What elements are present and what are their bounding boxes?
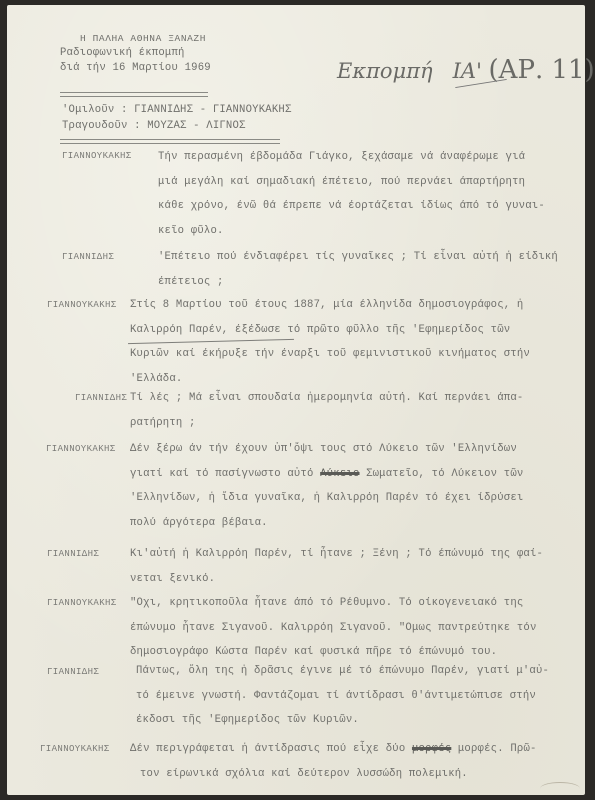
speaker-label: ΓΙΑΝΝΟΥΚΑΚΗΣ [62,151,132,161]
speaker-label: ΓΙΑΝΝΙΔΗΣ [47,667,99,677]
speech-line: Στίς 8 Μαρτίου τοῦ έτους 1887, μία έλλην… [130,293,530,318]
speech-line: Κυριῶν καί έκήρυξε τήν έναρξι τοῦ φεμινι… [130,342,530,367]
speech-line: Δέν περιγράφεται ἡ άντίδρασις πού εἶχε δ… [130,737,537,762]
speech-line: τό έμεινε γνωστή. Φαντάζομαι τί άντίδρασ… [136,684,549,709]
speech-line: κεῖο φῦλο. [158,219,545,244]
speaker-label: ΓΙΑΝΝΟΥΚΑΚΗΣ [46,444,116,454]
speech-text: 'Επέτειο πού ένδιαφέρει τίς γυναῖκες ; Τ… [158,245,558,294]
speech-line: "Οχι, κρητικοποῦλα ἦτανε άπό τό Ρέθυμνο.… [130,591,537,616]
speech-text: Κι'αὐτή ἡ Καλιρρόη Παρέν, τί ἦτανε ; Ξέν… [130,542,543,591]
speech-line: έπώνυμο ἦτανε Σιγανοῦ. Καλιρρόη Σιγανοῦ.… [130,616,537,641]
speech-line: έκδοσι τῆς 'Εφημερίδος τῶν Κυριῶν. [136,708,549,733]
dialogue: ΓΙΑΝΝΟΥΚΑΚΗΣ Τήν περασμένη έβδομάδα Γιάγ… [0,0,595,800]
speech-line: πολύ άργότερα βέβαια. [130,511,523,536]
page-curl [540,782,580,795]
speech-line: Πάντως, ὅλη της ἡ δρᾶσις έγινε μέ τό έπώ… [136,659,549,684]
speech-line: νεται ξενικό. [130,567,543,592]
speaker-label: ΓΙΑΝΝΙΔΗΣ [62,252,114,262]
speech-text: Τί λές ; Μά εἶναι σπουδαία ἡμερομηνία αὐ… [130,386,523,435]
speech-text: Δέν περιγράφεται ἡ άντίδρασις πού εἶχε δ… [130,737,537,786]
speech-text: Δέν ξέρω άν τήν έχουν ὑπ'ὄψι τους στό Λύ… [130,437,523,535]
speech-line: Τί λές ; Μά εἶναι σπουδαία ἡμερομηνία αὐ… [130,386,523,411]
speaker-label: ΓΙΑΝΝΙΔΗΣ [75,393,127,403]
struck-word: Λύκειο [320,468,359,480]
speech-line: Κι'αὐτή ἡ Καλιρρόη Παρέν, τί ἦτανε ; Ξέν… [130,542,543,567]
speech-line: 'Ελληνίδων, ἡ ἴδια γυναῖκα, ἡ Καλιρρόη Π… [130,486,523,511]
speaker-label: ΓΙΑΝΝΙΔΗΣ [47,549,99,559]
speech-line: γιατί καί τό πασίγνωστο αὐτό Λύκειο Σωμα… [130,462,523,487]
speech-line: ρατήρητη ; [130,411,523,436]
speech-text: Πάντως, ὅλη της ἡ δρᾶσις έγινε μέ τό έπώ… [136,659,549,733]
speech-line: κάθε χρόνο, ένῶ θά έπρεπε νά έορτάζεται … [158,194,545,219]
speech-line: Δέν ξέρω άν τήν έχουν ὑπ'ὄψι τους στό Λύ… [130,437,523,462]
speaker-label: ΓΙΑΝΝΟΥΚΑΚΗΣ [47,598,117,608]
speech-line: 'Επέτειο πού ένδιαφέρει τίς γυναῖκες ; Τ… [158,245,558,270]
speech-line: μιά μεγάλη καί σημαδιακή έπέτειο, πού πε… [158,170,545,195]
struck-word: μορφές [412,743,451,755]
speech-line: Καλιρρόη Παρέν, έξέδωσε τό πρῶτο φῦλλο τ… [130,318,530,343]
speech-text: Τήν περασμένη έβδομάδα Γιάγκο, ξεχάσαμε … [158,145,545,243]
speech-line: έπέτειος ; [158,270,558,295]
speaker-label: ΓΙΑΝΝΟΥΚΑΚΗΣ [40,744,110,754]
speaker-label: ΓΙΑΝΝΟΥΚΑΚΗΣ [47,300,117,310]
speech-line: Τήν περασμένη έβδομάδα Γιάγκο, ξεχάσαμε … [158,145,545,170]
speech-text: "Οχι, κρητικοποῦλα ἦτανε άπό τό Ρέθυμνο.… [130,591,537,665]
speech-line: τον είρωνικά σχόλια καί δεύτερον λυσσώδη… [130,762,537,787]
